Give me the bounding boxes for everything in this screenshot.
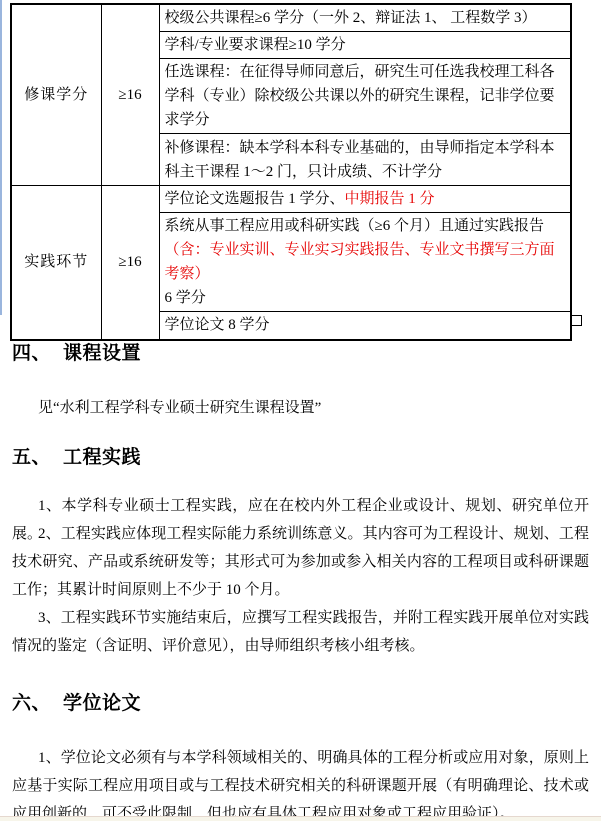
section-title: 学位论文 [63,693,141,714]
section-heading-engineering-practice: 五、工程实践 [12,445,141,471]
document-page: 修课学分 ≥16 校级公共课程≥6 学分（一外 2、辩证法 1、 工程数学 3）… [0,0,601,821]
paragraph: 1、学位论文必须有与本学科领域相关的、明确具体的工程分析或应用对象，原则上应基于… [12,744,589,821]
paragraph: 2、工程实践应体现工程实际能力系统训练意义。其内容可为工程设计、规划、工程技术研… [12,520,589,604]
paragraph: 见“水利工程学科专业硕士研究生课程设置” [12,394,589,422]
section-number: 四、 [12,343,51,364]
section-title: 工程实践 [63,447,141,468]
document-body: 四、课程设置 见“水利工程学科专业硕士研究生课程设置” 五、工程实践 1、本学科… [12,0,589,821]
paragraph: 3、工程实践环节实施结束后，应撰写工程实践报告，并附工程实践开展单位对实践情况的… [12,604,589,660]
section-heading-course-setup: 四、课程设置 [12,341,141,367]
bottom-strip [0,816,601,821]
section-title: 课程设置 [63,343,141,364]
revision-change-bar [0,0,2,315]
section-heading-degree-thesis: 六、学位论文 [12,691,141,717]
section-number: 六、 [12,693,51,714]
section-number: 五、 [12,447,51,468]
